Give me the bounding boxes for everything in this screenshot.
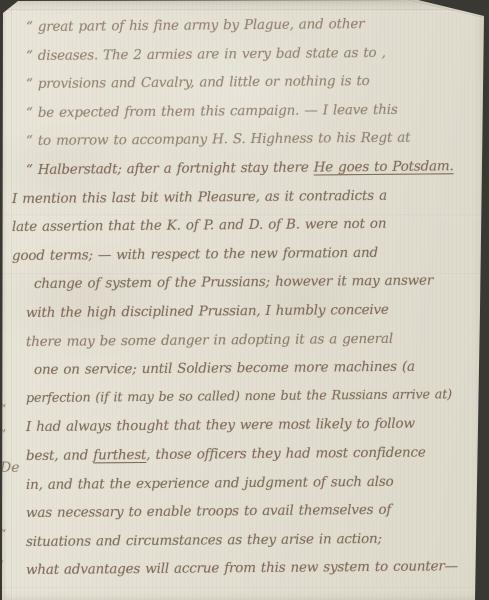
letter-line: with the high disciplined Prussian, I hu… bbox=[26, 295, 483, 328]
letter-line: what advantages will accrue from this ne… bbox=[26, 552, 483, 585]
letter-line: situations and circumstances as they ari… bbox=[26, 524, 483, 557]
letter-line: “ great part of his fine army by Plague,… bbox=[26, 9, 483, 42]
letter-text-segment: I mention this last bit with Pleasure, a… bbox=[12, 187, 387, 206]
letter-line: I mention this last bit with Pleasure, a… bbox=[12, 180, 483, 213]
bleedthrough-mark: De bbox=[0, 460, 20, 476]
letter-text-segment: “ Halberstadt; after a fortnight stay th… bbox=[26, 159, 314, 178]
letter-line: change of system of the Prussians; howev… bbox=[34, 266, 483, 299]
letter-line: best, and furthest, those officers they … bbox=[26, 438, 483, 471]
letter-text-segment: , those officers they had most confidenc… bbox=[146, 444, 425, 462]
letter-text-segment: change of system of the Prussians; howev… bbox=[34, 273, 433, 292]
letter-text-segment: I had always thought that they were most… bbox=[26, 416, 415, 435]
bleedthrough-mark: “ bbox=[0, 402, 6, 416]
letter-text-segment: late assertion that the K. of P. and D. … bbox=[12, 216, 386, 235]
photo-background: { "document": { "description": "Photogra… bbox=[0, 0, 489, 600]
bleedthrough-mark: ‚ bbox=[0, 551, 4, 565]
letter-body-text: “ great part of his fine army by Plague,… bbox=[0, 0, 489, 585]
bleedthrough-mark: „ bbox=[0, 420, 6, 434]
letter-line: “ to morrow to accompany H. S. Highness … bbox=[26, 123, 483, 156]
letter-line: perfection (if it may be so called) none… bbox=[26, 381, 483, 414]
letter-line: “ Halberstadt; after a fortnight stay th… bbox=[26, 152, 483, 185]
page-edge-bleedthrough: “„De“‚ bbox=[0, 0, 20, 600]
letter-text-segment: He goes to Potsdam. bbox=[314, 158, 454, 175]
letter-text-segment: perfection (if it may be so called) none… bbox=[26, 387, 452, 406]
letter-text-segment: “ great part of his fine army by Plague,… bbox=[26, 16, 364, 35]
bleedthrough-mark: “ bbox=[0, 527, 6, 541]
letter-text-segment: what advantages will accrue from this ne… bbox=[26, 559, 458, 579]
letter-text-segment: “ to morrow to accompany H. S. Highness … bbox=[26, 130, 410, 149]
letter-line: there may be some danger in adopting it … bbox=[26, 324, 483, 357]
letter-text-segment: with the high disciplined Prussian, I hu… bbox=[26, 302, 389, 321]
letter-line: in, and that the experience and judgment… bbox=[26, 467, 483, 500]
letter-text-segment: furthest bbox=[93, 447, 146, 463]
letter-text-segment: in, and that the experience and judgment… bbox=[26, 473, 394, 492]
letter-line: one on service; until Soldiers become mo… bbox=[34, 352, 483, 385]
letter-text-segment: was necessary to enable troops to avail … bbox=[26, 502, 391, 521]
bottom-fold-crease bbox=[0, 587, 489, 590]
letter-line: “ be expected from them this campaign. —… bbox=[26, 95, 483, 128]
letter-text-segment: best, and bbox=[26, 447, 93, 464]
letter-line: “ provisions and Cavalry, and little or … bbox=[26, 66, 483, 99]
letter-text-segment: “ diseases. The 2 armies are in very bad… bbox=[26, 44, 386, 63]
letter-text-segment: one on service; until Soldiers become mo… bbox=[34, 359, 415, 378]
letter-line: “ diseases. The 2 armies are in very bad… bbox=[26, 38, 483, 71]
letter-line: good terms; — with respect to the new fo… bbox=[12, 238, 483, 271]
letter-page: “ great part of his fine army by Plague,… bbox=[0, 0, 489, 600]
letter-text-segment: situations and circumstances as they ari… bbox=[26, 531, 382, 550]
letter-text-segment: “ be expected from them this campaign. —… bbox=[26, 102, 398, 121]
letter-text-segment: there may be some danger in adopting it … bbox=[26, 330, 393, 349]
letter-text-segment: good terms; — with respect to the new fo… bbox=[12, 245, 378, 264]
letter-line: late assertion that the K. of P. and D. … bbox=[12, 209, 483, 242]
letter-line: was necessary to enable troops to avail … bbox=[26, 495, 483, 528]
letter-line: I had always thought that they were most… bbox=[26, 409, 483, 442]
letter-text-segment: “ provisions and Cavalry, and little or … bbox=[26, 73, 370, 92]
